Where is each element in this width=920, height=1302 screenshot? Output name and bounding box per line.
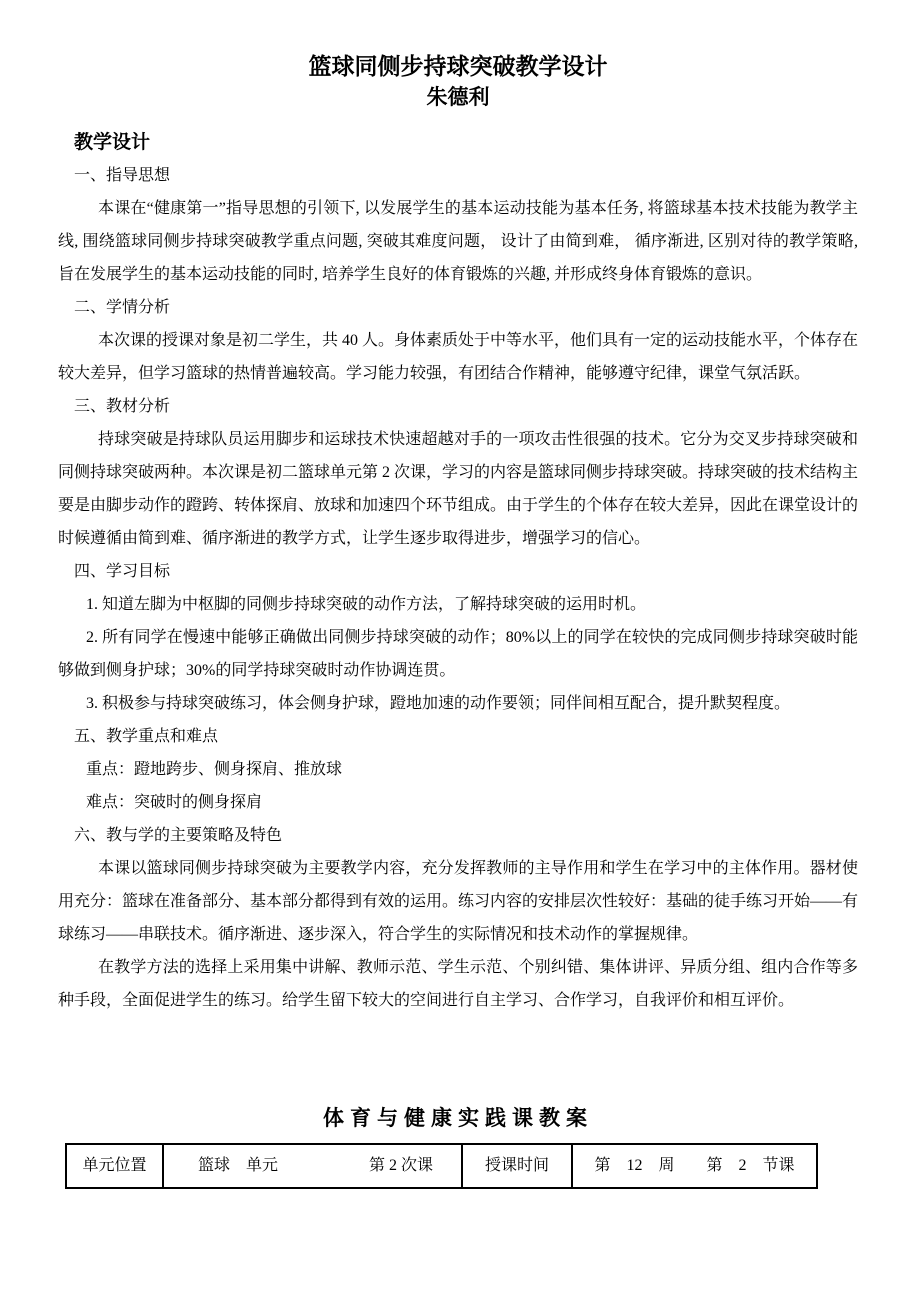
section-learner-analysis: 二、学情分析 本次课的授课对象是初二学生，共 40 人。身体素质处于中等水平，他… <box>58 291 858 390</box>
goal-item: 2. 所有同学在慢速中能够正确做出同侧步持球突破的动作；80%以上的同学在较快的… <box>58 621 858 687</box>
lesson-plan-table: 单元位置 篮球 单元 第 2 次课 授课时间 第 12 周 第 2 节课 <box>65 1143 818 1189</box>
document-page: 篮球同侧步持球突破教学设计 朱德利 教学设计 一、指导思想 本课在“健康第一”指… <box>0 0 920 1302</box>
unit-value-group: 篮球 单元 第 2 次课 <box>164 1145 461 1187</box>
section-heading: 三、教材分析 <box>58 390 858 423</box>
goal-item: 3. 积极参与持球突破练习，体会侧身护球，蹬地加速的动作要领；同伴间相互配合，提… <box>58 687 858 720</box>
section-key-points: 五、教学重点和难点 重点：蹬地跨步、侧身探肩、推放球 难点：突破时的侧身探肩 <box>58 720 858 819</box>
section-heading: 四、学习目标 <box>58 555 858 588</box>
design-section-label: 教学设计 <box>58 126 858 159</box>
section-guiding-ideology: 一、指导思想 本课在“健康第一”指导思想的引领下, 以发展学生的基本运动技能为基… <box>58 159 858 291</box>
section-heading: 六、教与学的主要策略及特色 <box>58 819 858 852</box>
section-strategies: 六、教与学的主要策略及特色 本课以篮球同侧步持球突破为主要教学内容，充分发挥教师… <box>58 819 858 1017</box>
section-paragraph: 在教学方法的选择上采用集中讲解、教师示范、学生示范、个别纠错、集体讲评、异质分组… <box>58 951 858 1017</box>
cell-class-time-label: 授课时间 <box>462 1144 572 1188</box>
unit-name: 篮球 单元 <box>198 1145 278 1187</box>
cell-unit-position-label: 单元位置 <box>66 1144 163 1188</box>
section-paragraph: 本课在“健康第一”指导思想的引领下, 以发展学生的基本运动技能为基本任务, 将篮… <box>58 192 858 291</box>
section-heading: 五、教学重点和难点 <box>58 720 858 753</box>
table-row: 单元位置 篮球 单元 第 2 次课 授课时间 第 12 周 第 2 节课 <box>66 1144 817 1188</box>
difficulty-item: 难点：突破时的侧身探肩 <box>58 786 858 819</box>
section-paragraph: 本课以篮球同侧步持球突破为主要教学内容，充分发挥教师的主导作用和学生在学习中的主… <box>58 852 858 951</box>
section-heading: 一、指导思想 <box>58 159 858 192</box>
document-author: 朱德利 <box>58 82 858 112</box>
section-paragraph: 本次课的授课对象是初二学生，共 40 人。身体素质处于中等水平，他们具有一定的运… <box>58 324 858 390</box>
section-learning-goals: 四、学习目标 1. 知道左脚为中枢脚的同侧步持球突破的动作方法，了解持球突破的运… <box>58 555 858 720</box>
document-title: 篮球同侧步持球突破教学设计 <box>58 52 858 82</box>
section-heading: 二、学情分析 <box>58 291 858 324</box>
cell-unit-value: 篮球 单元 第 2 次课 <box>163 1144 462 1188</box>
lesson-plan-heading: 体育与健康实践课教案 <box>58 1102 858 1135</box>
key-point-item: 重点：蹬地跨步、侧身探肩、推放球 <box>58 753 858 786</box>
section-material-analysis: 三、教材分析 持球突破是持球队员运用脚步和运球技术快速超越对手的一项攻击性很强的… <box>58 390 858 555</box>
cell-class-time-value: 第 12 周 第 2 节课 <box>572 1144 817 1188</box>
goal-item: 1. 知道左脚为中枢脚的同侧步持球突破的动作方法，了解持球突破的运用时机。 <box>58 588 858 621</box>
section-paragraph: 持球突破是持球队员运用脚步和运球技术快速超越对手的一项攻击性很强的技术。它分为交… <box>58 423 858 555</box>
lesson-number: 第 2 次课 <box>369 1145 433 1187</box>
